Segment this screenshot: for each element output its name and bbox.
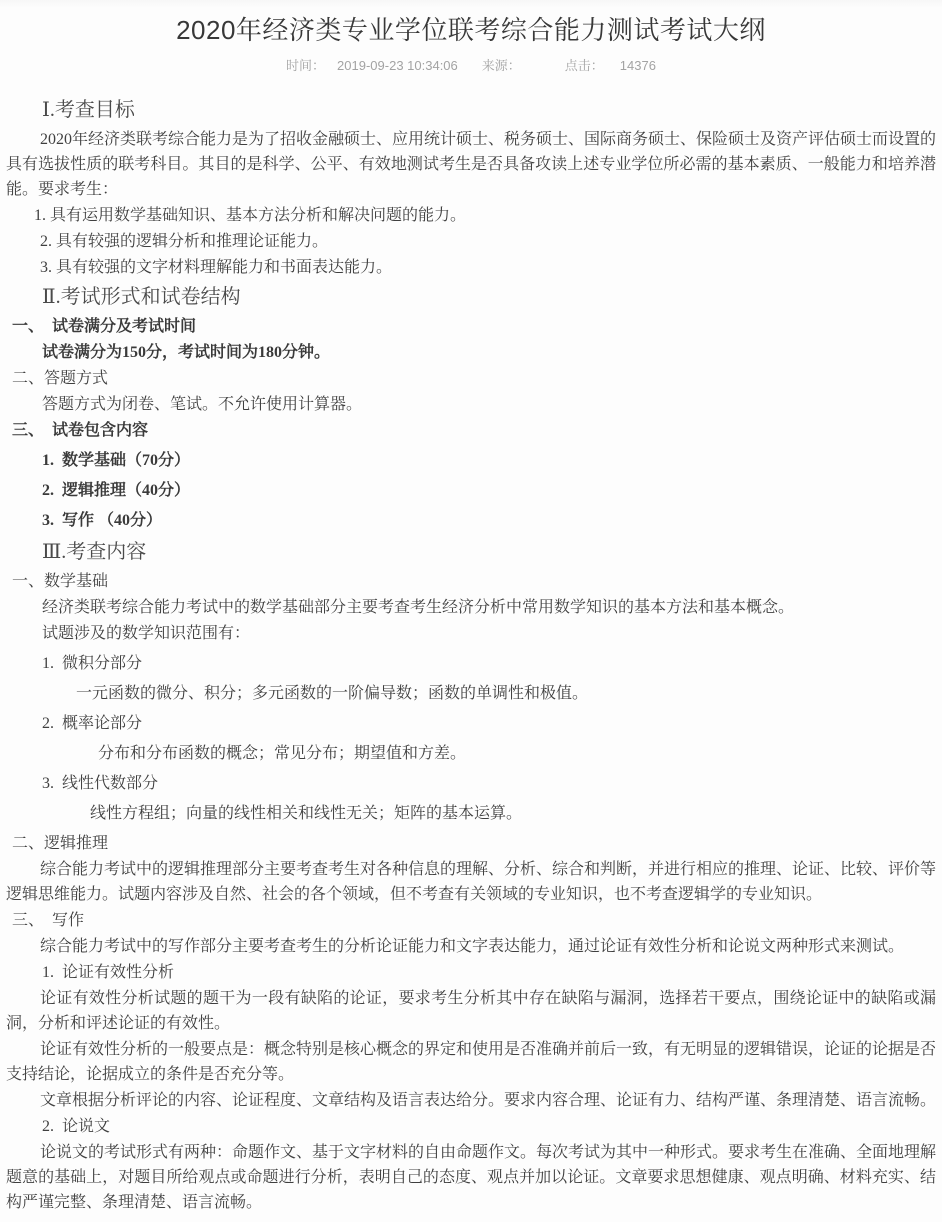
list-item: 2. 具有较强的逻辑分析和推理论证能力。	[40, 229, 938, 254]
meta-clicks-value: 14376	[620, 58, 656, 73]
list-item-probability: 2. 概率论部分	[42, 711, 938, 736]
subsection-heading-contents: 三、 试卷包含内容	[12, 418, 938, 443]
list-item-writing: 3. 写作 （40分）	[42, 508, 938, 533]
subsection-heading-score-time: 一、 试卷满分及考试时间	[12, 314, 938, 339]
article-page: 2020年经济类专业学位联考综合能力测试考试大纲 时间：2019-09-23 1…	[0, 0, 942, 1222]
meta-time-value: 2019-09-23 10:34:06	[337, 58, 458, 73]
subsection-heading-answer-mode: 二、答题方式	[12, 366, 938, 391]
subsection-heading-writing: 三、 写作	[12, 908, 938, 933]
paragraph: 答题方式为闭卷、笔试。不允许使用计算器。	[42, 392, 938, 417]
paragraph: 经济类联考综合能力考试中的数学基础部分主要考查考生经济分析中常用数学知识的基本方…	[42, 595, 938, 620]
subsection-heading-math: 一、数学基础	[12, 569, 938, 594]
paragraph: 论证有效性分析试题的题干为一段有缺陷的论证，要求考生分析其中存在缺陷与漏洞，选择…	[6, 986, 936, 1036]
list-item-essay: 2. 论说文	[42, 1114, 938, 1139]
list-item-calculus: 1. 微积分部分	[42, 651, 938, 676]
paragraph: 综合能力考试中的写作部分主要考查考生的分析论证能力和文字表达能力，通过论证有效性…	[6, 934, 936, 959]
meta-source-label: 来源：	[482, 58, 521, 73]
article-body: Ⅰ.考查目标 2020年经济类联考综合能力是为了招收金融硕士、应用统计硕士、税务…	[4, 96, 938, 1215]
subsection-heading-logic: 二、逻辑推理	[12, 831, 938, 856]
paragraph: 试题涉及的数学知识范围有：	[42, 621, 938, 646]
list-item: 3. 具有较强的文字材料理解能力和书面表达能力。	[40, 255, 938, 280]
section-heading-goals: Ⅰ.考查目标	[42, 96, 938, 124]
section-heading-content: Ⅲ.考查内容	[42, 538, 938, 566]
paragraph: 分布和分布函数的概念；常见分布；期望值和方差。	[98, 741, 938, 766]
section-heading-format: Ⅱ.考试形式和试卷结构	[42, 283, 938, 311]
list-item: 1. 具有运用数学基础知识、基本方法分析和解决问题的能力。	[34, 203, 938, 228]
page-title: 2020年经济类专业学位联考综合能力测试考试大纲	[4, 10, 938, 47]
paragraph: 论证有效性分析的一般要点是：概念特别是核心概念的界定和使用是否准确并前后一致，有…	[6, 1037, 936, 1087]
paragraph: 综合能力考试中的逻辑推理部分主要考查考生对各种信息的理解、分析、综合和判断，并进…	[6, 857, 936, 907]
paragraph: 2020年经济类联考综合能力是为了招收金融硕士、应用统计硕士、税务硕士、国际商务…	[6, 127, 936, 202]
meta-time-label: 时间：	[286, 58, 325, 73]
list-item-linear-algebra: 3. 线性代数部分	[42, 771, 938, 796]
list-item-logic: 2. 逻辑推理（40分）	[42, 478, 938, 503]
paragraph: 论说文的考试形式有两种：命题作文、基于文字材料的自由命题作文。每次考试为其中一种…	[6, 1140, 936, 1215]
paragraph: 试卷满分为150分，考试时间为180分钟。	[42, 340, 938, 365]
list-item-math: 1. 数学基础（70分）	[42, 448, 938, 473]
paragraph: 线性方程组；向量的线性相关和线性无关；矩阵的基本运算。	[90, 801, 938, 826]
article-meta: 时间：2019-09-23 10:34:06来源：点击：14376	[4, 55, 938, 74]
meta-clicks-label: 点击：	[565, 58, 604, 73]
paragraph: 文章根据分析评论的内容、论证程度、文章结构及语言表达给分。要求内容合理、论证有力…	[6, 1088, 936, 1113]
paragraph: 一元函数的微分、积分；多元函数的一阶偏导数；函数的单调性和极值。	[76, 681, 938, 706]
list-item-argument-analysis: 1. 论证有效性分析	[42, 960, 938, 985]
